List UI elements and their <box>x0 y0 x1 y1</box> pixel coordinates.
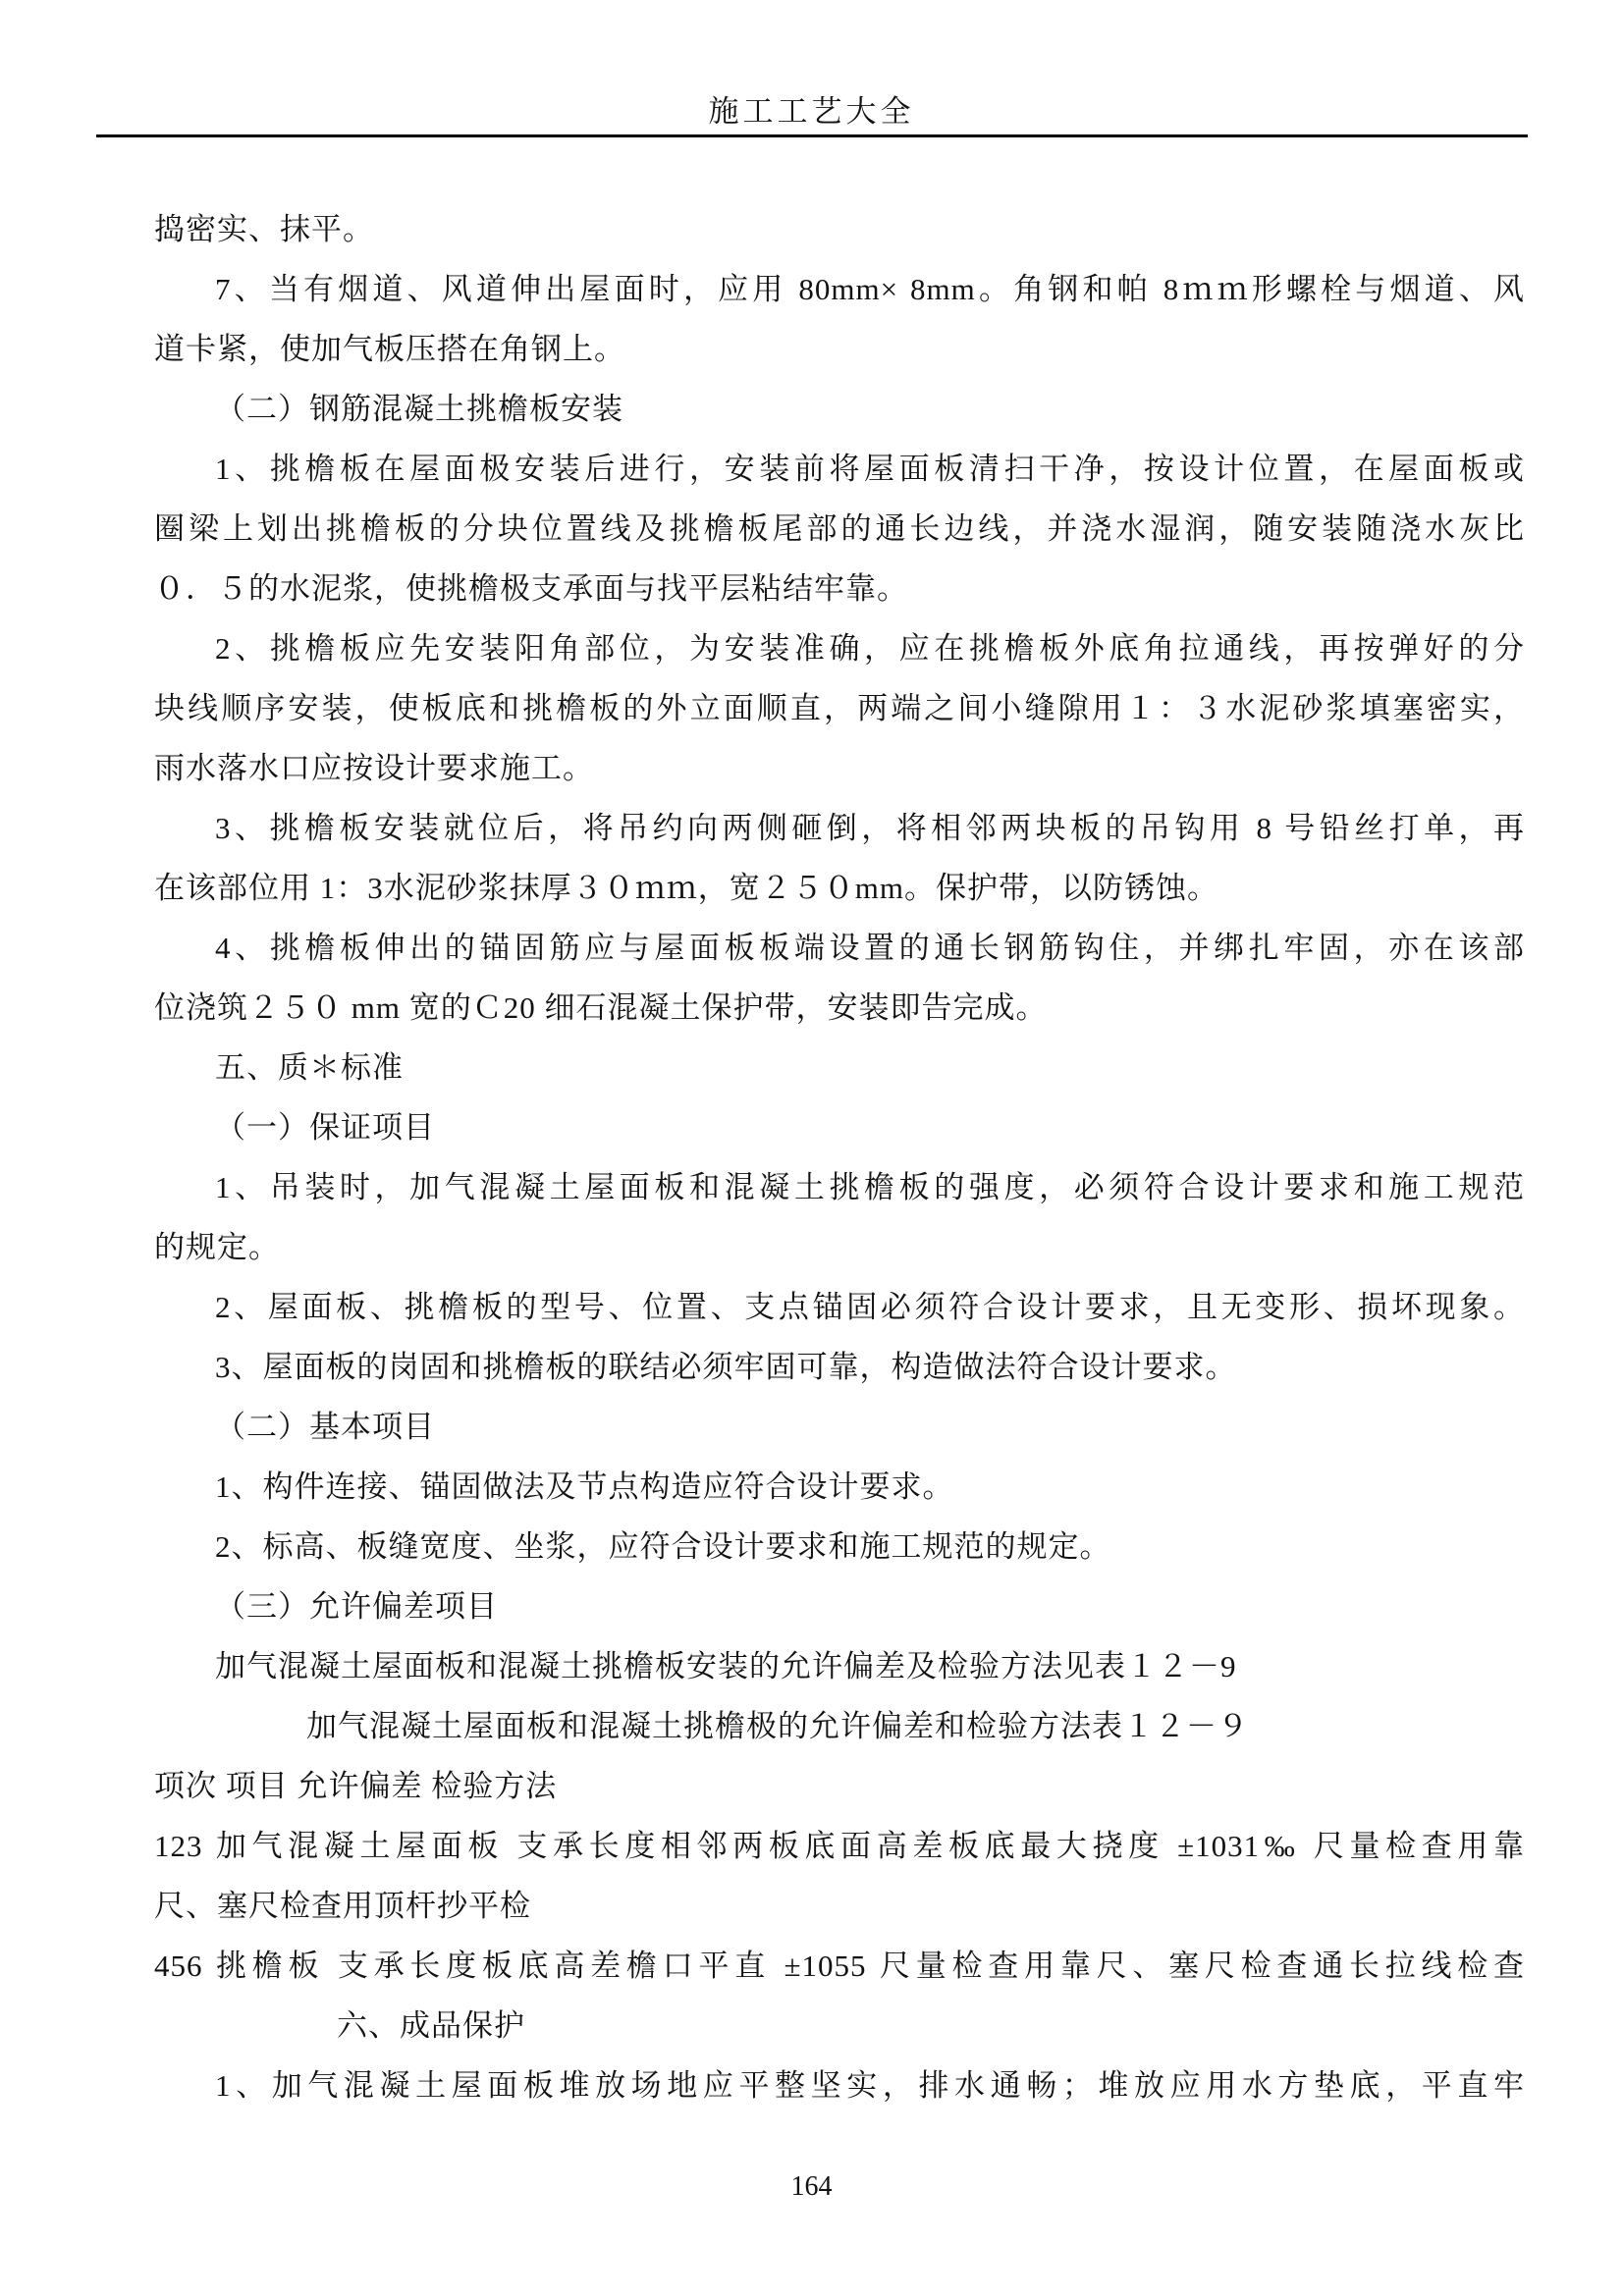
document-body: 捣密实、抹平。7、当有烟道、风道伸出屋面时，应用 80mm× 8mm。角钢和帕 … <box>154 199 1525 2115</box>
text-line: 五、质＊标准 <box>154 1038 1525 1097</box>
text-line: 道卡紧，使加气板压搭在角钢上。 <box>154 319 1525 379</box>
text-line: （二）基本项目 <box>154 1397 1525 1457</box>
text-line: 1、加气混凝土屋面板堆放场地应平整坚实，排水通畅；堆放应用水方垫底，平直牢 <box>154 2056 1525 2115</box>
text-line: 在该部位用 1：3水泥砂浆抹厚３０ｍｍ，宽２５０mm。保护带，以防锈蚀。 <box>154 858 1525 918</box>
text-line: 1、构件连接、锚固做法及节点构造应符合设计要求。 <box>154 1457 1525 1517</box>
text-line: （二）钢筋混凝土挑檐板安装 <box>154 379 1525 439</box>
text-line: 1、吊装时，加气混凝土屋面板和混凝土挑檐板的强度，必须符合设计要求和施工规范 <box>154 1157 1525 1217</box>
page-header-title: 施工工艺大全 <box>0 86 1623 131</box>
page-number: 164 <box>0 2171 1623 2203</box>
text-line: 4、挑檐板伸出的锚固筋应与屋面板板端设置的通长钢筋钩住，并绑扎牢固，亦在该部 <box>154 918 1525 978</box>
text-line: 捣密实、抹平。 <box>154 199 1525 259</box>
text-line: 加气混凝土屋面板和混凝土挑檐极的允许偏差和检验方法表１２－９ <box>154 1696 1525 1756</box>
text-line: 块线顺序安装，使板底和挑檐板的外立面顺直，两端之间小缝隙用１：３水泥砂浆填塞密实… <box>154 678 1525 738</box>
text-line: 六、成品保护 <box>154 1996 1525 2056</box>
text-line: （一）保证项目 <box>154 1097 1525 1157</box>
text-line: 456 挑檐板 支承长度板底高差檐口平直 ±1055 尺量检查用靠尺、塞尺检查通… <box>154 1936 1525 1996</box>
text-line: 位浇筑２５０ mm 宽的Ｃ20 细石混凝土保护带，安装即告完成。 <box>154 978 1525 1038</box>
text-line: 圈梁上划出挑檐板的分块位置线及挑檐板尾部的通长边线，并浇水湿润，随安装随浇水灰比 <box>154 499 1525 559</box>
text-line: 2、标高、板缝宽度、坐浆，应符合设计要求和施工规范的规定。 <box>154 1517 1525 1576</box>
text-line: 3、屋面板的岗固和挑檐板的联结必须牢固可靠，构造做法符合设计要求。 <box>154 1337 1525 1397</box>
text-line: 加气混凝土屋面板和混凝土挑檐板安装的允许偏差及检验方法见表１２－9 <box>154 1636 1525 1696</box>
text-line: 123 加气混凝土屋面板 支承长度相邻两板底面高差板底最大挠度 ±1031‰ 尺… <box>154 1816 1525 1876</box>
text-line: 的规定。 <box>154 1217 1525 1277</box>
document-page: 施工工艺大全 捣密实、抹平。7、当有烟道、风道伸出屋面时，应用 80mm× 8m… <box>0 0 1623 2296</box>
text-line: 7、当有烟道、风道伸出屋面时，应用 80mm× 8mm。角钢和帕 8ｍｍ形螺栓与… <box>154 259 1525 319</box>
text-line: 尺、塞尺检查用顶杆抄平检 <box>154 1876 1525 1936</box>
header-rule <box>96 134 1528 137</box>
text-line: 3、挑檐板安装就位后，将吊约向两侧砸倒，将相邻两块板的吊钩用 8 号铅丝打单，再 <box>154 798 1525 858</box>
text-line: （三）允许偏差项目 <box>154 1576 1525 1636</box>
text-line: ０．５的水泥浆，使挑檐极支承面与找平层粘结牢靠。 <box>154 559 1525 618</box>
text-line: 1、挑檐板在屋面极安装后进行，安装前将屋面板清扫干净，按设计位置，在屋面板或 <box>154 439 1525 499</box>
text-line: 项次 项目 允许偏差 检验方法 <box>154 1756 1525 1816</box>
text-line: 雨水落水口应按设计要求施工。 <box>154 738 1525 798</box>
text-line: 2、挑檐板应先安装阳角部位，为安装准确，应在挑檐板外底角拉通线，再按弹好的分 <box>154 618 1525 678</box>
text-line: 2、屋面板、挑檐板的型号、位置、支点锚固必须符合设计要求，且无变形、损坏现象。 <box>154 1277 1525 1337</box>
